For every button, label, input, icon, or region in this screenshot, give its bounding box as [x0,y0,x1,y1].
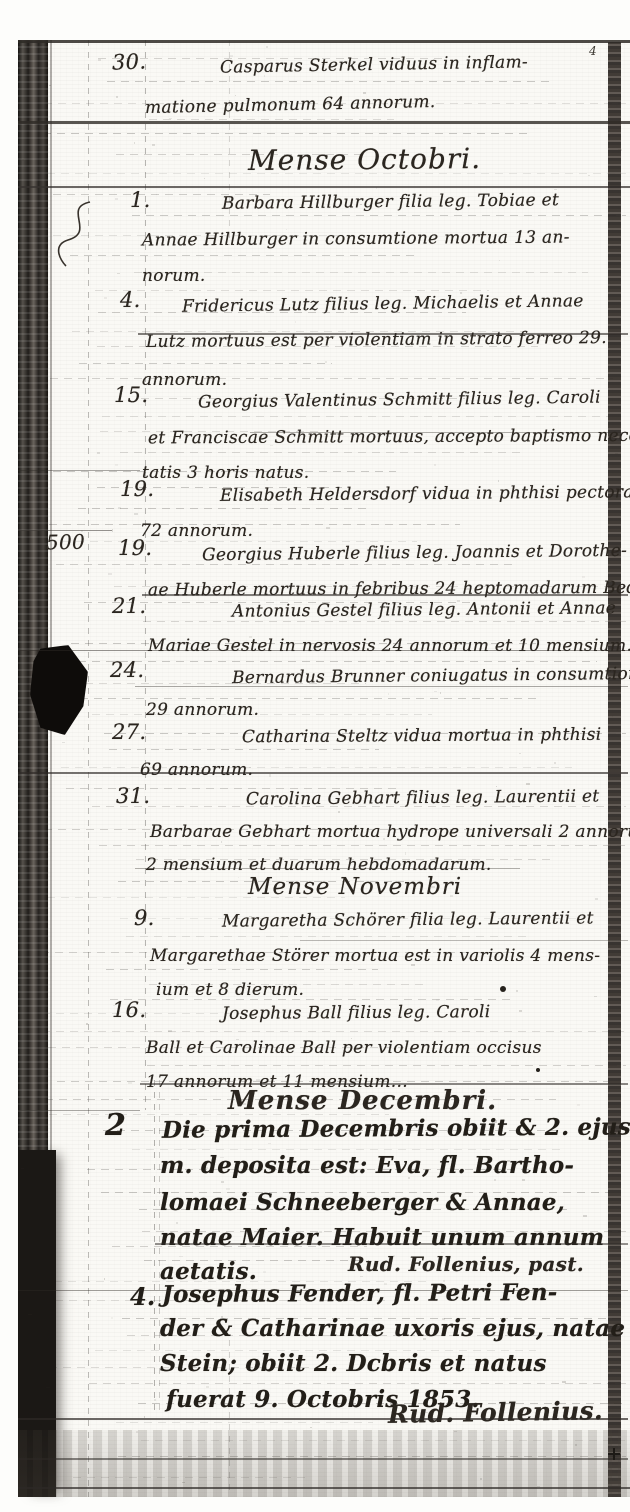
scan-speckle [117,273,120,274]
scan-speckle [98,59,101,61]
scan-speckle [104,297,107,299]
scan-speckle [62,742,65,743]
ruled-line-strong [18,40,630,43]
ruled-line-strong [18,186,630,188]
vertical-rule [50,40,52,1150]
scan-speckle [46,1387,50,1388]
scan-speckle [516,990,518,992]
scan-speckle [614,872,615,874]
margin-number: 500 [46,530,85,555]
entry-day: 19. [120,477,154,501]
scan-speckle [310,1427,312,1428]
entry-line: 69 annorum. [140,760,253,780]
scan-speckle [494,1179,496,1181]
scan-speckle [115,198,118,200]
scan-speckle [326,527,330,529]
scan-speckle [204,178,205,179]
entry-line: Stein; obiit 2. Dcbris et natus [160,1350,547,1377]
ruled-line [149,119,394,120]
ruled-line-strong [18,121,630,124]
entry-line: Lutz mortuus est per violentiam in strat… [146,328,607,352]
ruled-line-strong [140,1083,628,1085]
entry-line: ae Huberle mortuus in febribus 24 heptom… [148,578,630,601]
entry-line: Margarethae Störer mortua est in varioli… [150,946,600,966]
entry-line: norum. [142,266,206,286]
ruled-line [116,1422,373,1423]
ruled-line-strong [18,772,628,774]
register-page: 4 30. Casparus Sterkel viduus in inflam-… [0,0,630,1512]
scan-speckle [49,85,51,86]
scan-speckle [238,877,239,878]
page-number: 4 [589,44,597,58]
scan-speckle [26,684,30,685]
scan-speckle [618,149,622,151]
entry-day: 24. [110,658,144,682]
scan-speckle [595,898,598,900]
entry-line: der & Catharinae uxoris ejus, natae [160,1315,625,1342]
scan-speckle [594,996,597,997]
scan-speckle [454,1431,457,1432]
vertical-rule [154,1080,155,1410]
scan-speckle [169,118,172,119]
ruled-line-strong [18,470,140,471]
ruled-line-strong [18,1418,628,1420]
scan-speckle [112,529,113,532]
scan-speckle [577,1104,580,1106]
entry-day: 4. [130,1282,155,1311]
ruled-line [102,416,608,417]
edge-cross-mark [608,1448,620,1460]
entry-line: Mariae Gestel in nervosis 24 annorum et … [148,636,630,656]
scan-speckle [388,693,389,695]
entry-line: Barbara Hillburger filia leg. Tobiae et [222,190,559,214]
pastor-signature: Rud. Follenius. [388,1396,603,1429]
scan-speckle [480,1478,482,1480]
ruled-line-strong [18,650,628,651]
entry-line: tatis 3 horis natus. [142,463,309,483]
scan-speckle [338,811,340,813]
scan-speckle [268,1143,271,1144]
entry-line: Elisabeth Heldersdorf vidua in phthisi p… [220,482,630,506]
scan-speckle [263,1271,266,1273]
ruled-line [29,133,532,134]
entry-line: Carolina Gebhart filius leg. Laurentii e… [246,786,600,809]
scan-speckle [97,452,100,454]
entry-day: 31. [116,784,150,808]
ruled-line-strong [142,594,628,596]
ruled-line [132,1149,565,1150]
entry-day: 9. [134,906,155,930]
scan-speckle [108,573,112,575]
entry-line: Antonius Gestel filius leg. Antonii et A… [232,598,616,621]
scan-speckle [616,105,618,107]
entry-line: m. deposita est: Eva, fl. Bartho- [160,1152,574,1179]
scan-speckle [440,692,441,694]
ruled-line [132,215,626,216]
ruled-line [49,524,460,525]
entry-day: 1. [130,188,151,212]
entry-line: 29 annorum. [146,700,259,720]
scan-speckle [519,753,521,754]
scan-speckle [83,748,84,750]
entry-line: Barbarae Gebhart mortua hydrope universa… [150,822,630,842]
ruled-line-strong [18,530,112,531]
entry-line: ium et 8 dierum. [156,980,304,1000]
entry-line: Catharina Steltz vidua mortua in phthisi [242,725,602,748]
right-page-edge [608,42,621,1497]
entry-day: 16. [112,998,146,1022]
scan-speckle [104,1278,105,1280]
entry-day: 2 [105,1108,126,1143]
entry-day: 21. [112,594,146,618]
section-heading: Mense Novembri [248,874,462,900]
ruled-line [106,969,378,970]
scan-speckle [562,1381,566,1383]
entry-line: et Franciscae Schmitt mortuus, accepto b… [148,426,630,449]
scan-speckle [325,361,327,363]
scan-speckle [115,464,118,466]
scan-speckle [583,1215,587,1217]
scan-speckle [522,1179,525,1181]
scan-speckle [612,715,613,717]
scan-speckle [575,1444,577,1446]
ruled-line [79,363,332,364]
margin-bracket-mark [56,198,98,270]
scan-speckle [111,1317,113,1319]
scan-speckle [588,175,590,176]
scan-speckle [154,1399,156,1401]
scan-speckle [360,1276,363,1277]
scan-speckle [45,832,48,834]
ruled-line [28,1031,626,1032]
entry-day: 19. [118,536,152,560]
ruled-line [92,714,432,715]
ruled-line [109,749,379,750]
scan-speckle [182,1482,185,1483]
ruled-line [70,255,416,256]
entry-line: Margaretha Schörer filia leg. Laurentii … [222,908,594,931]
ruled-line [99,845,626,846]
entry-day: 15. [114,383,148,407]
entry-line: Josephus Ball filius leg. Caroli [222,1002,491,1024]
entry-line: Annae Hillburger in consumtione mortua 1… [142,228,570,251]
entry-line: annorum. [142,370,227,390]
ruled-line [89,1383,626,1384]
scan-speckle [266,46,268,48]
entry-line: Bernardus Brunner coniugatus in consumti… [232,664,630,688]
ruled-line [147,1065,626,1066]
entry-line: lomaei Schneeberger & Annae, [160,1189,565,1216]
ruled-line-strong [18,1290,628,1291]
scan-speckle [526,783,530,785]
ruled-line [38,698,536,699]
ruled-line [107,81,549,82]
section-heading: Mense Octobri. [248,142,481,177]
ruled-line [95,290,489,291]
ruled-line [78,508,371,509]
ruled-line [143,621,626,622]
scan-speckle [168,1030,172,1032]
entry-line: Josephus Fender, fl. Petri Fen- [162,1279,558,1308]
ink-dot [536,1068,540,1072]
scan-speckle [128,1082,132,1084]
entry-line: 72 annorum. [140,521,253,541]
entry-day: 4. [120,288,141,312]
scan-speckle [22,159,24,161]
ruled-line-strong [135,868,520,869]
scan-speckle [615,453,618,454]
ruled-line-strong [18,1458,628,1460]
scan-speckle [118,507,121,509]
ruled-line-strong [135,686,628,687]
scan-speckle [295,321,296,323]
scan-speckle [156,194,157,195]
scan-speckle [436,999,439,1001]
ink-dot [500,986,506,992]
ruled-line [126,936,532,937]
scan-speckle [499,260,500,261]
section-heading: Mense Decembri. [228,1086,497,1116]
scan-speckle [609,1398,613,1399]
scan-speckle [554,762,556,764]
ruled-line [120,452,521,453]
ruled-line [36,378,613,379]
scan-speckle [519,1010,522,1012]
scan-speckle [116,96,118,98]
scan-speckle [136,1431,138,1433]
entry-line: Die prima Decembris obiit & 2. ejusd. [162,1113,630,1143]
ruled-line-strong [300,940,628,941]
scan-speckle [21,1168,24,1169]
ruled-line-strong [138,333,628,335]
ruled-line-strong [155,1243,628,1245]
scan-speckle [26,461,27,462]
scan-speckle [45,507,47,509]
scan-speckle [134,142,135,144]
scan-speckle [26,575,28,576]
scan-speckle [434,691,437,692]
scan-speckle [86,1023,88,1025]
scan-speckle [609,1370,612,1372]
entry-line: natae Maier. Habuit unum annum [160,1224,604,1251]
scan-speckle [134,513,138,515]
scan-speckle [269,774,271,777]
scan-speckle [434,464,436,466]
ruled-line [61,767,572,768]
entry-day: 27. [112,720,146,744]
scan-speckle [221,1181,224,1183]
scan-speckle [498,480,499,482]
scan-speckle [152,144,155,146]
entry-day: 30. [112,49,147,74]
ruled-line-strong [250,432,628,433]
ruled-line-strong [18,1110,140,1111]
ruled-line-strong [18,1487,630,1489]
entry-line: Ball et Carolinae Ball per violentiam oc… [146,1038,542,1058]
scan-speckle [28,1314,32,1315]
entry-line: 2 mensium et duarum hebdomadarum. [146,855,492,875]
attestation-signature: Rud. Follenius, past. [348,1252,584,1276]
scan-speckle [230,55,233,57]
